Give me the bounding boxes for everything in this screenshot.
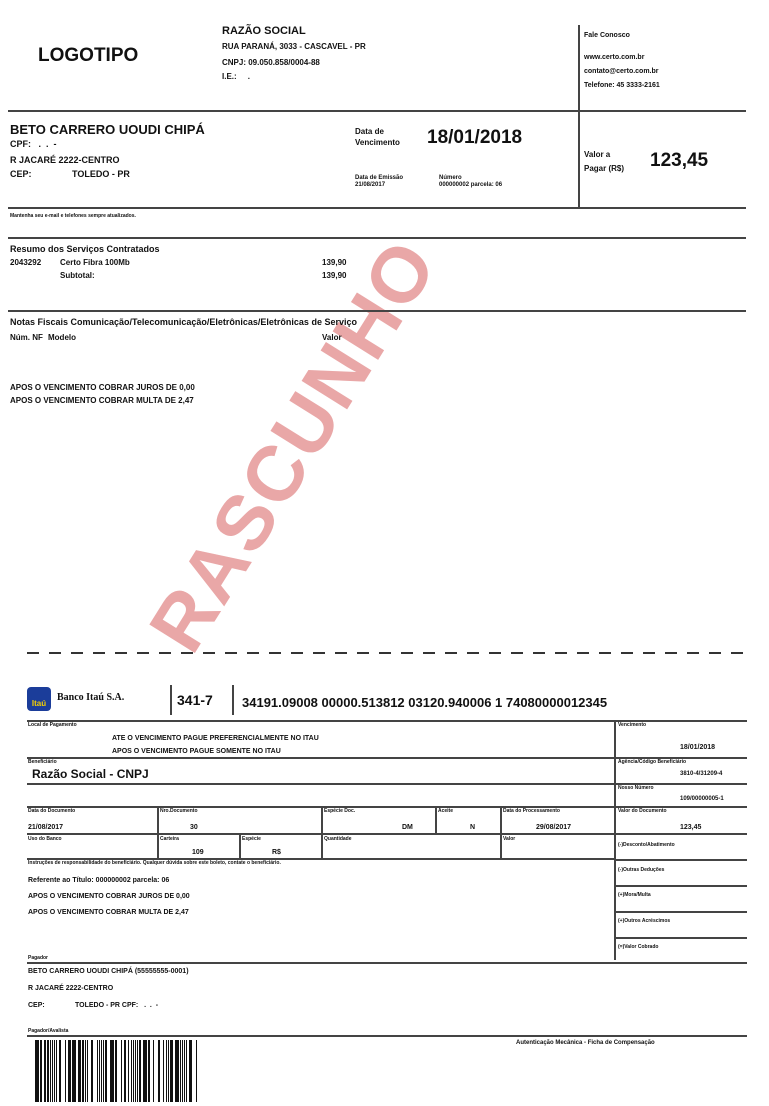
payer-name: BETO CARRERO UOUDI CHIPÁ (55555555-0001) [28,968,189,975]
divider [157,806,159,858]
service-description: Certo Fibra 100Mb [60,258,130,267]
contact-phone: Telefone: 45 3333-2161 [584,82,660,89]
doc-kind-value: DM [402,824,413,831]
divider [239,833,241,858]
services-title: Resumo dos Serviços Contratados [10,244,160,254]
customer-cpf: CPF: . . - [10,139,57,149]
amount-value: 123,45 [650,150,708,172]
number-label: Número [439,175,502,182]
due-value-slip: 18/01/2018 [680,744,715,751]
divider [435,806,437,833]
late-fee-interest: APOS O VENCIMENTO COBRAR JUROS DE 0,00 [10,383,195,392]
number-block: Número 000000002 parcela: 06 [439,175,502,189]
guarantor-label: Pagador/Avalista [28,1028,68,1034]
divider [578,110,580,208]
notice-text: Mantenha seu e-mail e telefones sempre a… [10,213,136,219]
payer-label: Pagador [28,955,48,961]
invoices-col-num: Núm. NF [10,333,43,342]
value-label: Valor [503,836,515,842]
invoices-col-model: Modelo [48,333,76,342]
instructions-label: Instruções de responsabilidade do benefi… [28,860,281,866]
divider [614,885,747,887]
contact-website[interactable]: www.certo.com.br [584,54,644,61]
customer-city: TOLEDO - PR [72,169,130,179]
agency-value: 3810-4/31209-4 [680,771,722,777]
divider [8,207,746,209]
contact-email[interactable]: contato@certo.com.br [584,68,659,75]
digitable-line[interactable]: 34191.09008 00000.513812 03120.940006 1 … [242,695,607,710]
divider [27,962,747,964]
contact-title: Fale Conosco [584,32,630,39]
beneficiary-label: Beneficiário [28,759,57,765]
draft-watermark: RASCUNHO [131,224,455,668]
divider [614,911,747,913]
invoices-col-value: Valor [322,333,342,342]
barcode [35,1040,413,1102]
divider [27,1035,747,1037]
divider [578,25,580,110]
our-number-value: 109/00000005-1 [680,796,724,802]
due-date-value: 18/01/2018 [427,127,522,149]
divider [8,310,746,312]
authentication-label: Autenticação Mecânica - Ficha de Compens… [516,1040,655,1046]
amount-label-line1: Valor a [584,148,624,162]
payment-place-line2: APOS O VENCIMENTO PAGUE SOMENTE NO ITAU [112,748,281,755]
amount-label-line2: Pagar (R$) [584,162,624,176]
invoices-title: Notas Fiscais Comunicação/Telecomunicaçã… [10,317,357,327]
divider [27,833,747,835]
company-cnpj: CNPJ: 09.050.858/0004-88 [222,58,320,67]
company-name: RAZÃO SOCIAL [222,25,306,37]
bank-use-label: Uso do Banco [28,836,62,842]
company-logo: LOGOTIPO [38,45,138,67]
divider [614,937,747,939]
doc-value-label: Valor do Documento [618,808,667,814]
instruction-fine: APOS O VENCIMENTO COBRAR MULTA DE 2,47 [28,909,189,916]
other-deductions-label: (-)Outras Deduções [618,867,664,873]
agency-label: Agência/Código Beneficiário [618,759,686,765]
itau-logo-icon: Itaú [27,687,51,711]
fine-label: (+)Mora/Multa [618,892,651,898]
cut-line [27,652,747,654]
customer-street: R JACARÉ 2222-CENTRO [10,155,120,165]
payment-place-line1: ATE O VENCIMENTO PAGUE PREFERENCIALMENTE… [112,735,319,742]
emission-label: Data de Emissão [355,175,403,182]
quantity-label: Quantidade [324,836,352,842]
subtotal-label: Subtotal: [60,271,95,280]
number-value: 000000002 parcela: 06 [439,182,502,189]
wallet-label: Carteira [160,836,179,842]
instruction-interest: APOS O VENCIMENTO COBRAR JUROS DE 0,00 [28,893,190,900]
divider [321,806,323,858]
processing-date-value: 29/08/2017 [536,824,571,831]
doc-value-value: 123,45 [680,824,701,831]
bank-name: Banco Itaú S.A. [57,692,124,703]
currency-value: R$ [272,849,281,856]
divider [614,720,616,960]
payer-street: R JACARÉ 2222-CENTRO [28,985,113,992]
accept-label: Aceite [438,808,453,814]
service-value: 139,90 [322,258,346,267]
divider [8,110,746,112]
due-label-line1: Data de [355,126,400,137]
payer-cep: CEP: [28,1002,45,1009]
charged-label: (=)Valor Cobrado [618,944,658,950]
bank-code: 341-7 [177,692,213,708]
our-number-label: Nosso Número [618,785,654,791]
due-label-line2: Vencimento [355,137,400,148]
divider [500,806,502,858]
accept-value: N [470,824,475,831]
emission-date: 21/08/2017 [355,182,403,189]
payer-city: TOLEDO - PR CPF: . . - [75,1002,158,1009]
instruction-reference: Referente ao Título: 000000002 parcela: … [28,877,169,884]
discount-label: (-)Desconto/Abatimento [618,842,675,848]
company-ie: I.E.: . [222,72,250,81]
emission-block: Data de Emissão 21/08/2017 [355,175,403,189]
wallet-value: 109 [192,849,204,856]
doc-num-label: Nro.Documento [160,808,198,814]
customer-cep-label: CEP: [10,169,32,179]
payment-place-label: Local de Pagamento [28,722,77,728]
customer-name: BETO CARRERO UOUDI CHIPÁ [10,122,205,137]
beneficiary-value: Razão Social - CNPJ [32,767,149,781]
doc-kind-label: Espécie Doc. [324,808,355,814]
doc-date-label: Data do Documento [28,808,75,814]
processing-date-label: Data do Processamento [503,808,560,814]
doc-num-value: 30 [190,824,198,831]
other-additions-label: (+)Outros Acréscimos [618,918,670,924]
divider [170,685,172,715]
due-date-label: Data de Vencimento [355,126,400,148]
late-fee-fine: APOS O VENCIMENTO COBRAR MULTA DE 2,47 [10,396,194,405]
service-code: 2043292 [10,258,41,267]
doc-date-value: 21/08/2017 [28,824,63,831]
company-address: RUA PARANÁ, 3033 - CASCAVEL - PR [222,42,366,51]
divider [614,859,747,861]
subtotal-value: 139,90 [322,271,346,280]
divider [232,685,234,715]
due-label-slip: Vencimento [618,722,646,728]
amount-label: Valor a Pagar (R$) [584,148,624,176]
currency-label: Espécie [242,836,261,842]
